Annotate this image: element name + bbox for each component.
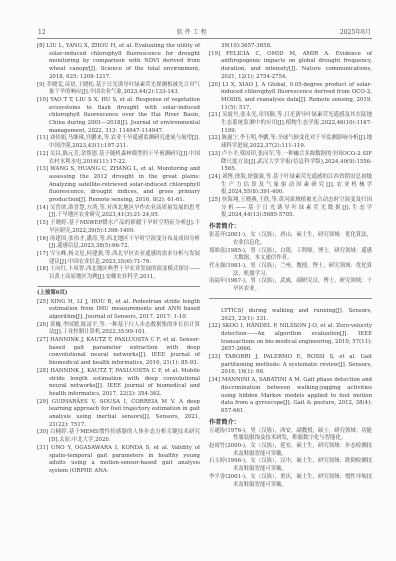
reference-item: [8] LIU L, YANG X, ZHOU H, et al. Evalua… <box>37 43 200 82</box>
section-divider-right <box>209 298 372 299</box>
author-bio-item: 代永强(1981-)，男（汉族），兰州，教授，博士，研究领域：优化算法，机器学习… <box>209 263 372 278</box>
reference-item: [9] 乔晓雯,苗晨,王晓松.基于日光诱导叶绿素荧光探测植被光合对气象干旱的响应… <box>37 82 200 97</box>
page-number: 12 <box>38 29 46 36</box>
reference-item: [15] 王晓婷.基于MSWEP降水产品的新疆干旱时空特征分析[J].干旱区研究… <box>37 220 200 235</box>
reference-item: [32] SKOG I, HÄNDEL P, NILSSON J-O, et a… <box>209 323 372 354</box>
reference-item: [21] 吴霞丹,张永光,章钊颖,等.日光诱导叶绿素荧光遥感及其在陆地生态系统监… <box>209 112 372 135</box>
reference-item: [13] WANG S, HUANG C, ZHANG L, et al. Mo… <box>37 166 200 205</box>
left-column: [8] LIU L, YANG X, ZHOU H, et al. Evalua… <box>37 43 200 489</box>
author-bio-item: 赵雨竹(2000-)，女（汉族），延安，硕士生，研究领域：步态检测技术及鞋服智能… <box>209 443 372 458</box>
reference-item: [28] HANNINK J, KAUTZ T, PASLUOSTA C F, … <box>37 368 200 399</box>
reference-item: [20] LI X, XIAO J. A Global, 0.05-degree… <box>209 82 372 113</box>
reference-item: [26] 黄巍,李国繁,陈富平,等.一种基于行人步态数据集的步长估计算法[J].… <box>37 322 200 337</box>
reference-carryover-line-2: LYTICS) during walking and running[J]. S… <box>209 308 372 323</box>
reference-item: [23] 卢小平,蔡国印,张向军,等.一种融合多源数据的全国OCO-2 SIF降… <box>209 151 372 174</box>
journal-title: 软件工程 <box>177 27 209 36</box>
section-divider-left <box>37 286 200 287</box>
header-divider <box>37 38 372 39</box>
reference-item: [33] TABORRI J, PALERMO E, ROSSI S, et a… <box>209 354 372 377</box>
reference-carryover-line: 39(10):3657-3658. <box>209 43 372 51</box>
reference-item: [25] 侯海翔,王晓燕,王欣,等.黄河流域植被光合动态时空演变及归因分析——基… <box>209 197 372 220</box>
reference-list-left-continued: [25] XING H, LI J, HOU B, et al. Pedestr… <box>37 299 200 476</box>
issue-date: 2025年6月 <box>340 27 371 36</box>
author-bio-item: 张基齐(2001-)，女（汉族），唐山，硕士生，研究领域：优化算法，农业信息化。 <box>209 232 372 247</box>
author-bio-item: 南福年(1967-)，男（汉族），武威，副研究员，博士，研究领域：干旱区农业。 <box>209 278 372 293</box>
reference-item: [19] FELICIA C, OMID M, AMIR A. Evidence… <box>209 51 372 82</box>
reference-item: [11] 刘传娟,马继珠,宫鹏来,等.农业干旱遥感监测研究进展与展望[J].中国… <box>37 135 200 150</box>
author-bio-list: 张基齐(2001-)，女（汉族），唐山，硕士生，研究领域：优化算法，农业信息化。… <box>209 232 372 294</box>
continuation-note: (上接第6页) <box>37 290 200 298</box>
reference-list-right: [19] FELICIA C, OMID M, AMIR A. Evidence… <box>209 51 372 220</box>
reference-item: [29] GUIMARÃES V, SOUSA I, CORREIA M V. … <box>37 399 200 430</box>
two-column-body: [8] LIU L, YANG X, ZHOU H, et al. Evalua… <box>37 43 372 489</box>
reference-item: [24] 刘博,徐海,徐强强,等.基于叶绿素荧光遥感的江西省稻田总初级生产力估算… <box>209 174 372 197</box>
running-head: 12 软件工程 2025年6月 <box>37 27 372 38</box>
reference-item: [34] MANNINI A, SABATINI A M. Gait phase… <box>209 377 372 416</box>
author-bio-heading: 作者简介： <box>209 223 372 231</box>
right-column: 39(10):3657-3658. [19] FELICIA C, OMID M… <box>209 43 372 489</box>
author-bio-item: 万遂协(1976-)，男（汉族），西安，副教授，硕士，研究领域：功能性服装服饰及… <box>209 428 372 443</box>
author-bio-list-2: 万遂协(1976-)，男（汉族），西安，副教授，硕士，研究领域：功能性服装服饰及… <box>209 428 372 490</box>
reference-item: [16] 汤建国,张伟才,潘涛,等.西北地区干旱时空演变分布及成因分析[J].遥… <box>37 236 200 251</box>
author-bio-item: 郑维富(1985-)，男（汉族），白银，工程师，博士，研究领域：遥感大数据。本文… <box>209 248 372 263</box>
reference-item: [25] XING H, LI J, HOU B, et al. Pedestr… <box>37 299 200 322</box>
reference-item: [22] 陈惠宁,李玉明,李鹏,等.全球气候变化对干旱监测影响分析[J].地球科… <box>209 135 372 150</box>
reference-list-right-continued: [32] SKOG I, HÄNDEL P, NILSSON J-O, et a… <box>209 323 372 415</box>
page-content: 12 软件工程 2025年6月 [8] LIU L, YANG X, ZHOU … <box>37 27 372 489</box>
reference-item: [17] 岑宝峰,杨文星,何建强,等.西北旱区农业遥感的需求分析与发展建议[J]… <box>37 251 200 266</box>
journal-page: 12 软件工程 2025年6月 [8] LIU L, YANG X, ZHOU … <box>0 0 396 561</box>
author-bio-item: 李平香(2001-)，女（汉族），重庆，硕士生，研究领域：惯性导航技术及鞋服智能… <box>209 474 372 489</box>
reference-item: [27] HANNINK J, KAUTZ T, PASLUOSTA C F, … <box>37 337 200 368</box>
reference-list-left: [8] LIU L, YANG X, ZHOU H, et al. Evalua… <box>37 43 200 282</box>
author-bio-heading-2: 作者简介： <box>209 419 372 427</box>
reference-item: [10] YAO T T, LIU S X, HU S, et al. Resp… <box>37 97 200 136</box>
reference-item: [18] 王向红,卜凤智.西北地区典型干旱农业发展的演变模式探讨——以黄土高原地… <box>37 266 200 281</box>
author-bio-item: 石玉婷(1996-)，女（汉族），汉中，硕士生，研究领域：跌倒检测技术及鞋服智能… <box>209 458 372 473</box>
reference-item: [30] 白楠婷.基于MEMS惯性传感器的人体步态分析关键技术研究[D].太原:… <box>37 429 200 444</box>
reference-item: [14] 吴普侠,薛晋慧,方鸿,等.对西北地区旱作农业高质量发展的思考[J].干… <box>37 205 200 220</box>
reference-item: [31] UNO Y, OGASAWARA I, KONDA S, et al.… <box>37 445 200 476</box>
reference-item: [12] 吴昌,陈元芳,余帮恩.基于随机森林模型的干旱预测研究[J].中国农村水… <box>37 151 200 166</box>
